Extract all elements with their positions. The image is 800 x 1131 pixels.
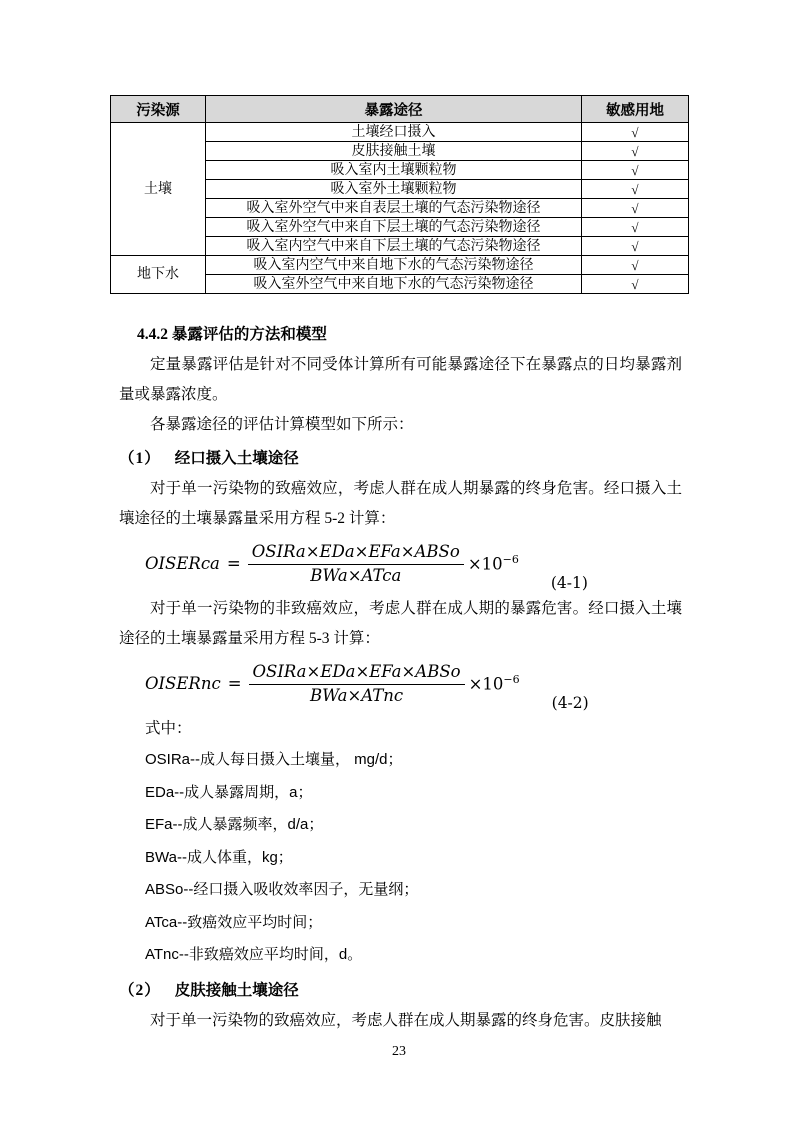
table-header-row: 污染源 暴露途径 敏感用地 [111,96,689,123]
exponent: −6 [503,673,519,686]
source-cell-soil: 土壤 [111,123,206,256]
fraction-denominator: BWa×ATnc [310,685,403,706]
check-mark: √ [582,161,689,180]
definition-item: EFa--成人暴露频率，d/a； [145,809,682,842]
body-text: 4.4.2 暴露评估的方法和模型 定量暴露评估是针对不同受体计算所有可能暴露途径… [119,320,682,1036]
subsection-2-title: 皮肤接触土壤途径 [175,982,299,999]
pathway-cell: 吸入室外土壤颗粒物 [206,180,582,199]
formula-4-2: OISERnc = OSIRa×EDa×EFa×ABSo BWa×ATnc ×1… [145,661,682,707]
equals-sign: = [227,555,241,574]
check-mark: √ [582,256,689,275]
check-mark: √ [582,142,689,161]
table-row: 土壤 土壤经口摄入 √ [111,123,689,142]
subsection-2-heading: （2）皮肤接触土壤途径 [119,976,682,1006]
exposure-pathway-table: 污染源 暴露途径 敏感用地 土壤 土壤经口摄入 √ 皮肤接触土壤 √ 吸入室内土… [110,95,689,294]
paragraph-noncarcinogenic-oral: 对于单一污染物的非致癌效应，考虑人群在成人期的暴露危害。经口摄入土壤途径的土壤暴… [119,594,682,654]
check-mark: √ [582,123,689,142]
multiplier: ×10 [469,674,504,693]
multiplier: ×10 [468,554,503,573]
pathway-cell: 土壤经口摄入 [206,123,582,142]
check-mark: √ [582,180,689,199]
power-term: ×10−6 [468,554,519,574]
where-label: 式中： [145,714,682,744]
check-mark: √ [582,275,689,294]
check-mark: √ [582,199,689,218]
pathway-cell: 皮肤接触土壤 [206,142,582,161]
table-row: 地下水 吸入室内空气中来自地下水的气态污染物途径 √ [111,256,689,275]
check-mark: √ [582,237,689,256]
subsection-1-title: 经口摄入土壤途径 [175,450,299,467]
subsection-1-number: （1） [119,450,161,467]
document-page: 污染源 暴露途径 敏感用地 土壤 土壤经口摄入 √ 皮肤接触土壤 √ 吸入室内土… [0,0,800,1131]
fraction-numerator: OSIRa×EDa×EFa×ABSo [248,543,464,565]
page-content: 污染源 暴露途径 敏感用地 土壤 土壤经口摄入 √ 皮肤接触土壤 √ 吸入室内土… [0,0,800,1060]
equation-label: (4-2) [552,695,589,713]
formula-lhs: OISERca [145,555,220,574]
equals-sign: = [228,675,242,694]
pathway-cell: 吸入室内土壤颗粒物 [206,161,582,180]
pathway-cell: 吸入室内空气中来自地下水的气态污染物途径 [206,256,582,275]
fraction-denominator: BWa×ATca [310,565,401,586]
pathway-cell: 吸入室内空气中来自下层土壤的气态污染物途径 [206,237,582,256]
pathway-cell: 吸入室外空气中来自地下水的气态污染物途径 [206,275,582,294]
paragraph-overview: 定量暴露评估是针对不同受体计算所有可能暴露途径下在暴露点的日均暴露剂量或暴露浓度… [119,350,682,410]
page-number: 23 [110,1044,688,1060]
paragraph-carcinogenic-oral: 对于单一污染物的致癌效应，考虑人群在成人期暴露的终身危害。经口摄入土壤途径的土壤… [119,474,682,534]
subsection-1-heading: （1）经口摄入土壤途径 [119,444,682,474]
definition-item: BWa--成人体重，kg； [145,842,682,875]
pathway-cell: 吸入室外空气中来自下层土壤的气态污染物途径 [206,218,582,237]
equation-label: (4-1) [551,575,588,593]
fraction: OSIRa×EDa×EFa×ABSo BWa×ATca [248,543,464,586]
paragraph-dermal-contact: 对于单一污染物的致癌效应，考虑人群在成人期暴露的终身危害。皮肤接触 [119,1006,682,1036]
definition-item: EDa--成人暴露周期，a； [145,777,682,810]
formula-lhs: OISERnc [145,675,221,694]
fraction-numerator: OSIRa×EDa×EFa×ABSo [249,663,465,685]
paragraph-models-intro: 各暴露途径的评估计算模型如下所示： [119,410,682,440]
pathway-cell: 吸入室外空气中来自表层土壤的气态污染物途径 [206,199,582,218]
formula-4-1: OISERca = OSIRa×EDa×EFa×ABSo BWa×ATca ×1… [145,541,682,587]
header-pollution-source: 污染源 [111,96,206,123]
section-heading: 4.4.2 暴露评估的方法和模型 [137,320,682,350]
exponent: −6 [503,553,519,566]
definition-item: ABSo--经口摄入吸收效率因子，无量纲； [145,874,682,907]
definition-item: ATnc--非致癌效应平均时间，d。 [145,939,682,972]
header-exposure-pathway: 暴露途径 [206,96,582,123]
definition-item: OSIRa--成人每日摄入土壤量， mg/d； [145,744,682,777]
check-mark: √ [582,218,689,237]
definition-item: ATca--致癌效应平均时间； [145,907,682,940]
header-sensitive-land: 敏感用地 [582,96,689,123]
source-cell-groundwater: 地下水 [111,256,206,294]
fraction: OSIRa×EDa×EFa×ABSo BWa×ATnc [249,663,465,706]
power-term: ×10−6 [469,674,520,694]
subsection-2-number: （2） [119,982,161,999]
